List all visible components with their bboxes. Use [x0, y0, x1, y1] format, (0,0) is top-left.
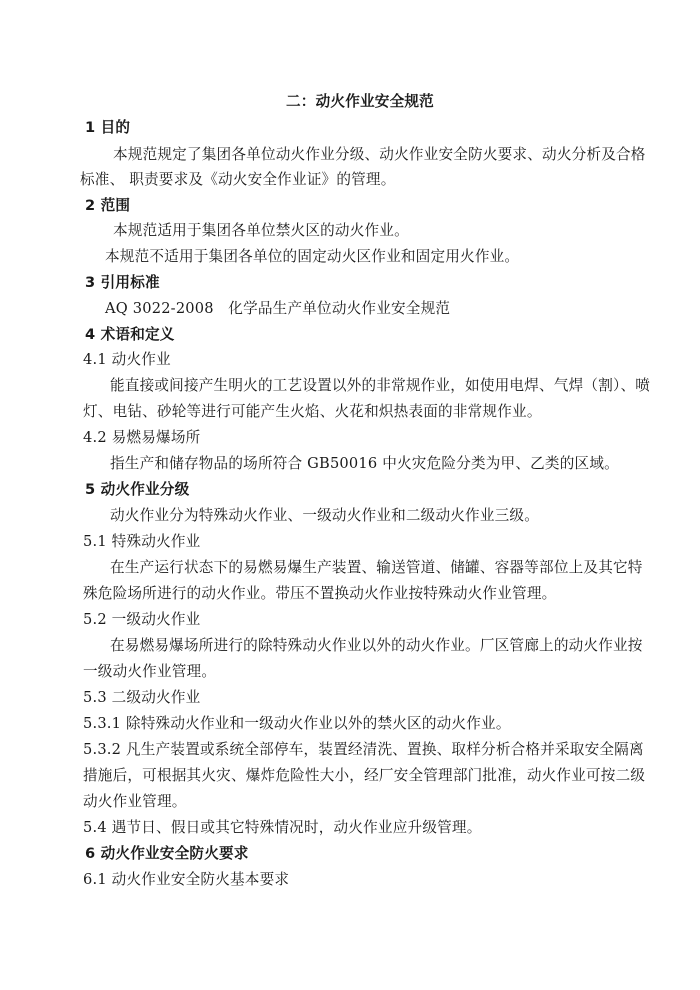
- subsection-heading: 6.1 动火作业安全防火基本要求: [83, 870, 623, 890]
- section-heading-classification: 5 动火作业分级: [85, 480, 625, 500]
- section-heading-purpose: 1 目的: [85, 118, 625, 138]
- subsection-heading: 4.1 动火作业: [83, 350, 623, 370]
- paragraph: 本规范适用于集团各单位禁火区的动火作业。: [113, 221, 653, 241]
- section-heading-requirements: 6 动火作业安全防火要求: [85, 844, 625, 864]
- paragraph: 动火作业分为特殊动火作业、一级动火作业和二级动火作业三级。: [110, 506, 650, 526]
- subsection-heading: 5.2 一级动火作业: [83, 610, 623, 630]
- paragraph: AQ 3022-2008 化学品生产单位动火作业安全规范: [105, 299, 645, 319]
- section-heading-terms: 4 术语和定义: [85, 325, 625, 345]
- paragraph: 殊危险场所进行的动火作业。带压不置换动火作业按特殊动火作业管理。: [83, 584, 623, 604]
- paragraph: 在生产运行状态下的易燃易爆生产装置、输送管道、储罐、容器等部位上及其它特: [110, 558, 650, 578]
- subsection-heading: 5.1 特殊动火作业: [83, 532, 623, 552]
- paragraph: 在易燃易爆场所进行的除特殊动火作业以外的动火作业。厂区管廊上的动火作业按: [110, 636, 650, 656]
- paragraph: 5.3.1 除特殊动火作业和一级动火作业以外的禁火区的动火作业。: [83, 714, 623, 734]
- paragraph: 标准、 职责要求及《动火安全作业证》的管理。: [80, 170, 620, 190]
- document-title: 二：动火作业安全规范: [0, 92, 700, 112]
- paragraph: 指生产和储存物品的场所符合 GB50016 中火灾危险分类为甲、乙类的区域。: [110, 454, 650, 474]
- paragraph: 能直接或间接产生明火的工艺设置以外的非常规作业，如使用电焊、气焊（割）、喷: [110, 376, 650, 396]
- paragraph: 本规范规定了集团各单位动火作业分级、动火作业安全防火要求、动火分析及合格: [113, 145, 653, 165]
- section-heading-scope: 2 范围: [85, 196, 625, 216]
- paragraph: 灯、电钻、砂轮等进行可能产生火焰、火花和炽热表面的非常规作业。: [83, 402, 623, 422]
- paragraph: 动火作业管理。: [83, 792, 623, 812]
- section-heading-references: 3 引用标准: [85, 273, 625, 293]
- subsection-heading: 4.2 易燃易爆场所: [83, 428, 623, 448]
- paragraph: 5.3.2 凡生产装置或系统全部停车，装置经清洗、置换、取样分析合格并采取安全隔…: [83, 740, 623, 760]
- paragraph: 一级动火作业管理。: [83, 662, 623, 682]
- paragraph: 5.4 遇节日、假日或其它特殊情况时，动火作业应升级管理。: [83, 818, 623, 838]
- paragraph: 本规范不适用于集团各单位的固定动火区作业和固定用火作业。: [105, 247, 645, 267]
- subsection-heading: 5.3 二级动火作业: [83, 688, 623, 708]
- paragraph: 措施后，可根据其火灾、爆炸危险性大小，经厂安全管理部门批准，动火作业可按二级: [83, 766, 623, 786]
